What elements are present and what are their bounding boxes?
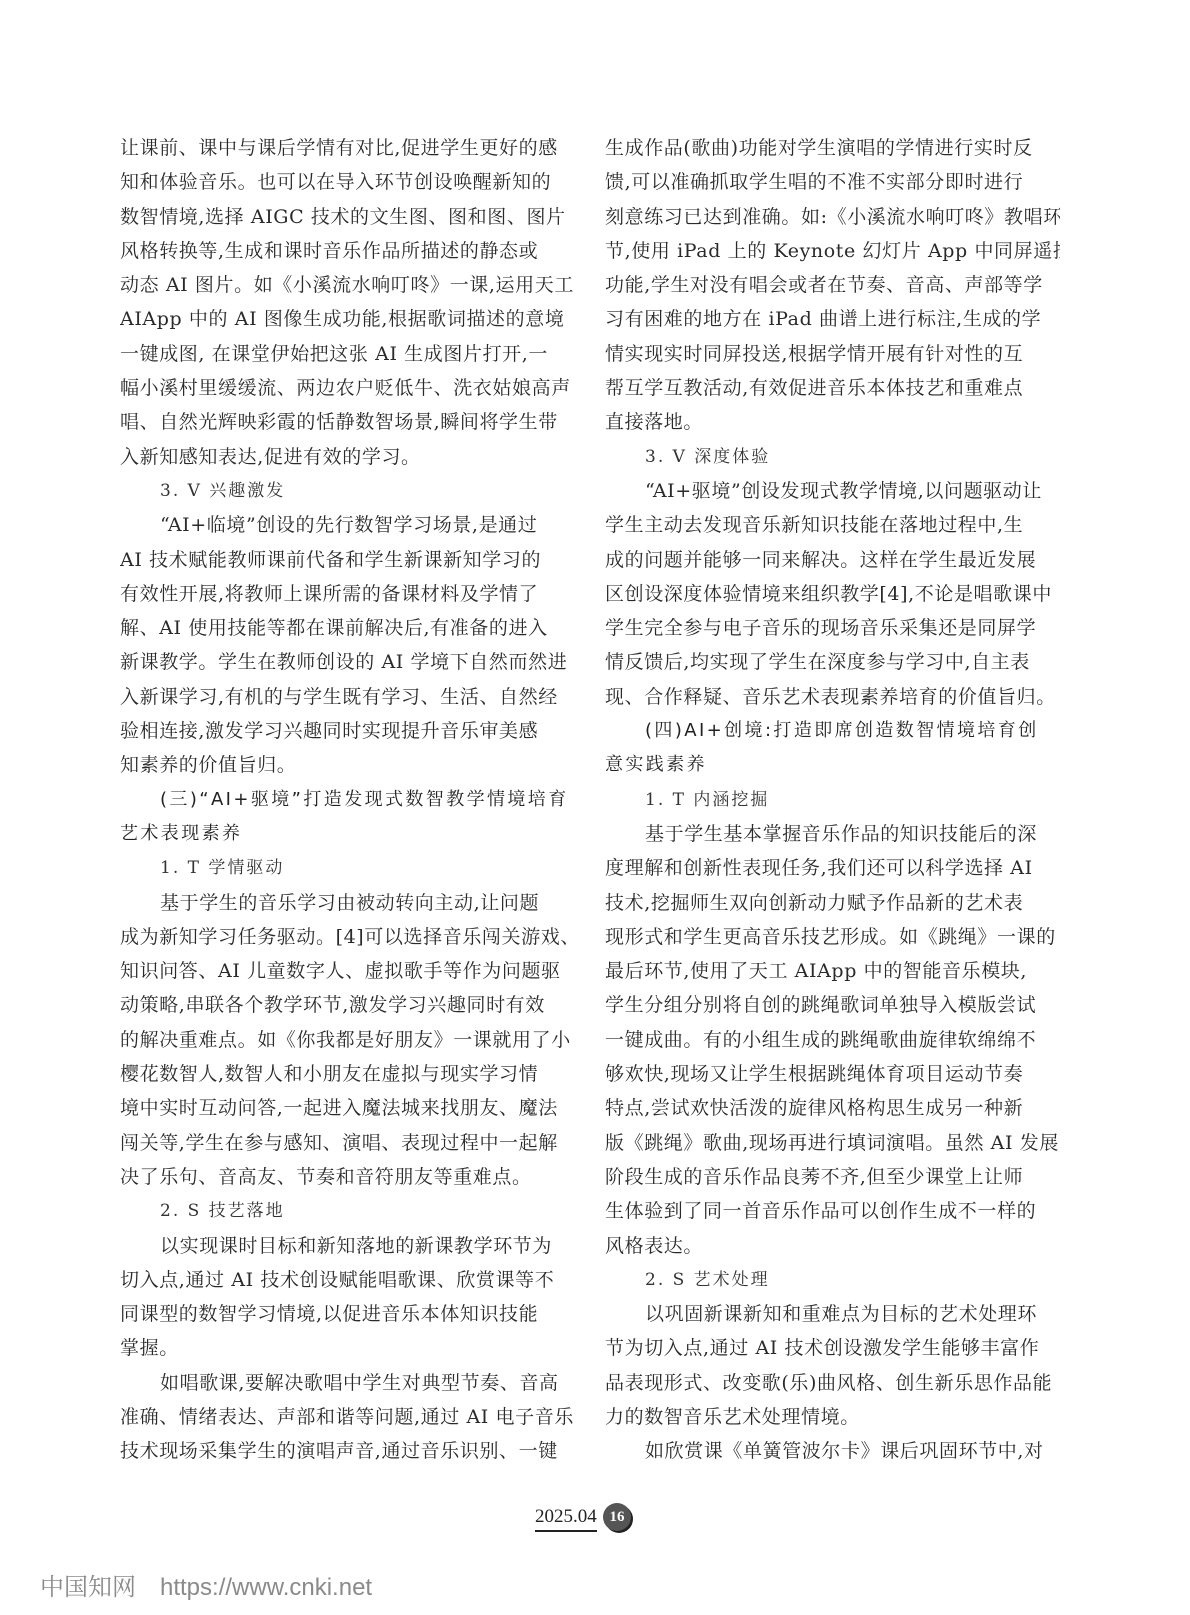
body-text-line: 生体验到了同一首音乐作品可以创作生成不一样的	[605, 1194, 1060, 1228]
paragraph-start-line: 以巩固新课新知和重难点为目标的艺术处理环	[605, 1297, 1060, 1331]
body-text-line: 特点,尝试欢快活泼的旋律风格构思生成另一种新	[605, 1091, 1060, 1125]
paragraph-start-line: “AI+临境”创设的先行数智学习场景,是通过	[120, 508, 575, 542]
body-text-line: 够欢快,现场又让学生根据跳绳体育项目运动节奏	[605, 1057, 1060, 1091]
body-text-line: 节,使用 iPad 上的 Keynote 幻灯片 App 中同屏遥控	[605, 234, 1060, 268]
body-text-line: 新课教学。学生在教师创设的 AI 学境下自然而然进	[120, 645, 575, 679]
body-text-line: 刻意练习已达到准确。如:《小溪流水响叮咚》教唱环	[605, 200, 1060, 234]
body-text-line: 闯关等,学生在参与感知、演唱、表现过程中一起解	[120, 1126, 575, 1160]
body-text-line: 入新知感知表达,促进有效的学习。	[120, 440, 575, 474]
paragraph-start-line: 如唱歌课,要解决歌唱中学生对典型节奏、音高	[120, 1366, 575, 1400]
body-text-line: 的解决重难点。如《你我都是好朋友》一课就用了小	[120, 1023, 575, 1057]
body-text-line: 直接落地。	[605, 405, 1060, 439]
body-text-line: 情实现实时同屏投送,根据学情开展有针对性的互	[605, 337, 1060, 371]
body-text-line: 最后环节,使用了天工 AIApp 中的智能音乐模块,	[605, 954, 1060, 988]
subsection-heading: 3. V 深度体验	[605, 440, 1060, 474]
body-text-line: 技术现场采集学生的演唱声音,通过音乐识别、一键	[120, 1434, 575, 1468]
page-number-badge: 16	[603, 1503, 631, 1531]
body-text-line: 验相连接,激发学习兴趣同时实现提升音乐审美感	[120, 714, 575, 748]
body-text-line: 风格转换等,生成和课时音乐作品所描述的静态或	[120, 234, 575, 268]
body-text-line: 节为切入点,通过 AI 技术创设激发学生能够丰富作	[605, 1331, 1060, 1365]
subsection-heading: 2. S 技艺落地	[120, 1194, 575, 1228]
body-text-line: 技术,挖掘师生双向创新动力赋予作品新的艺术表	[605, 886, 1060, 920]
body-text-line: 现形式和学生更高音乐技艺形成。如《跳绳》一课的	[605, 920, 1060, 954]
body-text-line: 度理解和创新性表现任务,我们还可以科学选择 AI	[605, 851, 1060, 885]
body-text-line: 唱、自然光辉映彩霞的恬静数智场景,瞬间将学生带	[120, 405, 575, 439]
subsection-heading: 1. T 内涵挖掘	[605, 783, 1060, 817]
body-text-line: 馈,可以准确抓取学生唱的不准不实部分即时进行	[605, 165, 1060, 199]
subsection-heading: 2. S 艺术处理	[605, 1263, 1060, 1297]
body-text-line: 同课型的数智学习情境,以促进音乐本体知识技能	[120, 1297, 575, 1331]
body-text-line: 一键成曲。有的小组生成的跳绳歌曲旋律软绵绵不	[605, 1023, 1060, 1057]
body-text-line: 品表现形式、改变歌(乐)曲风格、创生新乐思作品能	[605, 1366, 1060, 1400]
issue-date: 2025.04	[535, 1505, 597, 1532]
body-text-line: 帮互学互教活动,有效促进音乐本体技艺和重难点	[605, 371, 1060, 405]
watermark-site-name: 中国知网	[40, 1573, 136, 1601]
body-text-line: 准确、情绪表达、声部和谐等问题,通过 AI 电子音乐	[120, 1400, 575, 1434]
body-text-line: 一键成图, 在课堂伊始把这张 AI 生成图片打开,一	[120, 337, 575, 371]
body-text-line: 知识问答、AI 儿童数字人、虚拟歌手等作为问题驱	[120, 954, 575, 988]
watermark-url[interactable]: https://www.cnki.net	[160, 1574, 372, 1601]
body-text-line: 动策略,串联各个教学环节,激发学习兴趣同时有效	[120, 988, 575, 1022]
cnki-watermark: 中国知网https://www.cnki.net	[40, 1567, 372, 1602]
body-text-line: 让课前、课中与课后学情有对比,促进学生更好的感	[120, 131, 575, 165]
body-text-line: 知素养的价值旨归。	[120, 748, 575, 782]
body-text-line: 入新课学习,有机的与学生既有学习、生活、自然经	[120, 680, 575, 714]
subsection-heading: 1. T 学情驱动	[120, 851, 575, 885]
body-text-line: 成的问题并能够一同来解决。这样在学生最近发展	[605, 543, 1060, 577]
body-text-line: 数智情境,选择 AIGC 技术的文生图、图和图、图片	[120, 200, 575, 234]
paragraph-start-line: 如欣赏课《单簧管波尔卡》课后巩固环节中,对	[605, 1434, 1060, 1468]
body-text-line: 阶段生成的音乐作品良莠不齐,但至少课堂上让师	[605, 1160, 1060, 1194]
paragraph-start-line: 基于学生基本掌握音乐作品的知识技能后的深	[605, 817, 1060, 851]
paragraph-start-line: 基于学生的音乐学习由被动转向主动,让问题	[120, 886, 575, 920]
body-text-line: 掌握。	[120, 1331, 575, 1365]
paragraph-start-line: 以实现课时目标和新知落地的新课教学环节为	[120, 1229, 575, 1263]
body-text-line: 知和体验音乐。也可以在导入环节创设唤醒新知的	[120, 165, 575, 199]
body-text-line: 版《跳绳》歌曲,现场再进行填词演唱。虽然 AI 发展	[605, 1126, 1060, 1160]
left-column: 让课前、课中与课后学情有对比,促进学生更好的感知和体验音乐。也可以在导入环节创设…	[120, 131, 575, 1469]
section-heading-cont: 意实践素养	[605, 748, 1060, 782]
body-text-line: AI 技术赋能教师课前代备和学生新课新知学习的	[120, 543, 575, 577]
body-text-line: 生成作品(歌曲)功能对学生演唱的学情进行实时反	[605, 131, 1060, 165]
body-text-line: 区创设深度体验情境来组织教学[4],不论是唱歌课中	[605, 577, 1060, 611]
section-heading: (三)“AI+驱境”打造发现式数智教学情境培育	[120, 783, 575, 817]
body-text-line: 境中实时互动问答,一起进入魔法城来找朋友、魔法	[120, 1091, 575, 1125]
body-text-line: 成为新知学习任务驱动。[4]可以选择音乐闯关游戏、	[120, 920, 575, 954]
section-heading-cont: 艺术表现素养	[120, 817, 575, 851]
body-text-line: 解、AI 使用技能等都在课前解决后,有准备的进入	[120, 611, 575, 645]
body-text-line: 风格表达。	[605, 1229, 1060, 1263]
body-text-line: 力的数智音乐艺术处理情境。	[605, 1400, 1060, 1434]
body-text-line: 决了乐句、音高友、节奏和音符朋友等重难点。	[120, 1160, 575, 1194]
body-text-line: 功能,学生对没有唱会或者在节奏、音高、声部等学	[605, 268, 1060, 302]
body-text-line: 幅小溪村里缓缓流、两边农户贬低牛、洗衣姑娘高声	[120, 371, 575, 405]
body-text-line: 情反馈后,均实现了学生在深度参与学习中,自主表	[605, 645, 1060, 679]
body-text-line: 现、合作释疑、音乐艺术表现素养培育的价值旨归。	[605, 680, 1060, 714]
body-text-line: 学生完全参与电子音乐的现场音乐采集还是同屏学	[605, 611, 1060, 645]
right-column: 生成作品(歌曲)功能对学生演唱的学情进行实时反馈,可以准确抓取学生唱的不准不实部…	[605, 131, 1060, 1469]
body-text-line: 有效性开展,将教师上课所需的备课材料及学情了	[120, 577, 575, 611]
paragraph-start-line: “AI+驱境”创设发现式教学情境,以问题驱动让	[605, 474, 1060, 508]
subsection-heading: 3. V 兴趣激发	[120, 474, 575, 508]
body-text-line: 习有困难的地方在 iPad 曲谱上进行标注,生成的学	[605, 302, 1060, 336]
body-text-line: 切入点,通过 AI 技术创设赋能唱歌课、欣赏课等不	[120, 1263, 575, 1297]
body-text-line: AIApp 中的 AI 图像生成功能,根据歌词描述的意境	[120, 302, 575, 336]
body-text-line: 学生分组分别将自创的跳绳歌词单独导入模版尝试	[605, 988, 1060, 1022]
body-text-line: 学生主动去发现音乐新知识技能在落地过程中,生	[605, 508, 1060, 542]
section-heading: (四)AI+创境:打造即席创造数智情境培育创	[605, 714, 1060, 748]
body-text-line: 动态 AI 图片。如《小溪流水响叮咚》一课,运用天工	[120, 268, 575, 302]
body-text-line: 樱花数智人,数智人和小朋友在虚拟与现实学习情	[120, 1057, 575, 1091]
